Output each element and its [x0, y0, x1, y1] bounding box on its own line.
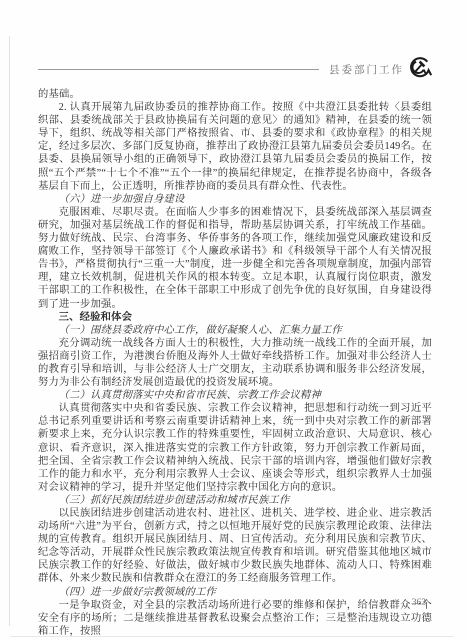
section-heading: （六）进一步加强自身建设	[38, 193, 432, 206]
scan-edge-line	[9, 36, 10, 626]
paragraph: 的基础。	[38, 88, 432, 101]
paragraph: 一是争取资金，对全县的宗教活动场所进行必要的维修和保护，给信教群众一个安全有序的…	[38, 599, 432, 638]
section-heading: （一）围绕县委政府中心工作，做好凝聚人心、汇集力量工作	[38, 324, 432, 337]
scan-edge-line	[10, 636, 454, 637]
paragraph: 2. 认真开展第九届政协委员的推荐协商工作。按照《中共澄江县委批转〈县委组织部、…	[38, 101, 432, 193]
page-header: 县委部门工作	[38, 58, 432, 80]
header-rule	[38, 69, 319, 70]
section-heading: （四）进一步做好宗教领域的工作	[38, 586, 432, 599]
page-number: 363	[412, 598, 426, 608]
paragraph: 以民族团结进步创建活动进农村、进社区、进机关、进学校、进企业、进宗教活动场所“六…	[38, 507, 432, 586]
running-head-title: 县委部门工作	[329, 62, 404, 77]
party-emblem-icon	[408, 57, 432, 81]
page-footer: 363	[412, 598, 426, 608]
paragraph: 认真贯彻落实中央和省委民族、宗教工作会议精神，把思想和行动统一到习近平总书记系列…	[38, 402, 432, 494]
paragraph: 克服困难、尽职尽责。在面临人少事多的困难情况下，县委统战部深入基层调查研究，加强…	[38, 206, 432, 311]
section-heading: 三、经验和体会	[38, 311, 432, 324]
document-page: 县委部门工作 的基础。2. 认真开展第九届政协委员的推荐协商工作。按照《中共澄江…	[0, 0, 468, 640]
section-heading: （三）抓好民族团结进步创建活动和城市民族工作	[38, 494, 432, 507]
section-heading: （二）认真贯彻落实中央和省市民族、宗教工作会议精神	[38, 389, 432, 402]
paragraph: 充分调动统一战线各方面人士的积极性，大力推动统一战线工作的全面开展，加强招商引资…	[38, 337, 432, 389]
document-body: 的基础。2. 认真开展第九届政协委员的推荐协商工作。按照《中共澄江县委批转〈县委…	[38, 88, 432, 638]
